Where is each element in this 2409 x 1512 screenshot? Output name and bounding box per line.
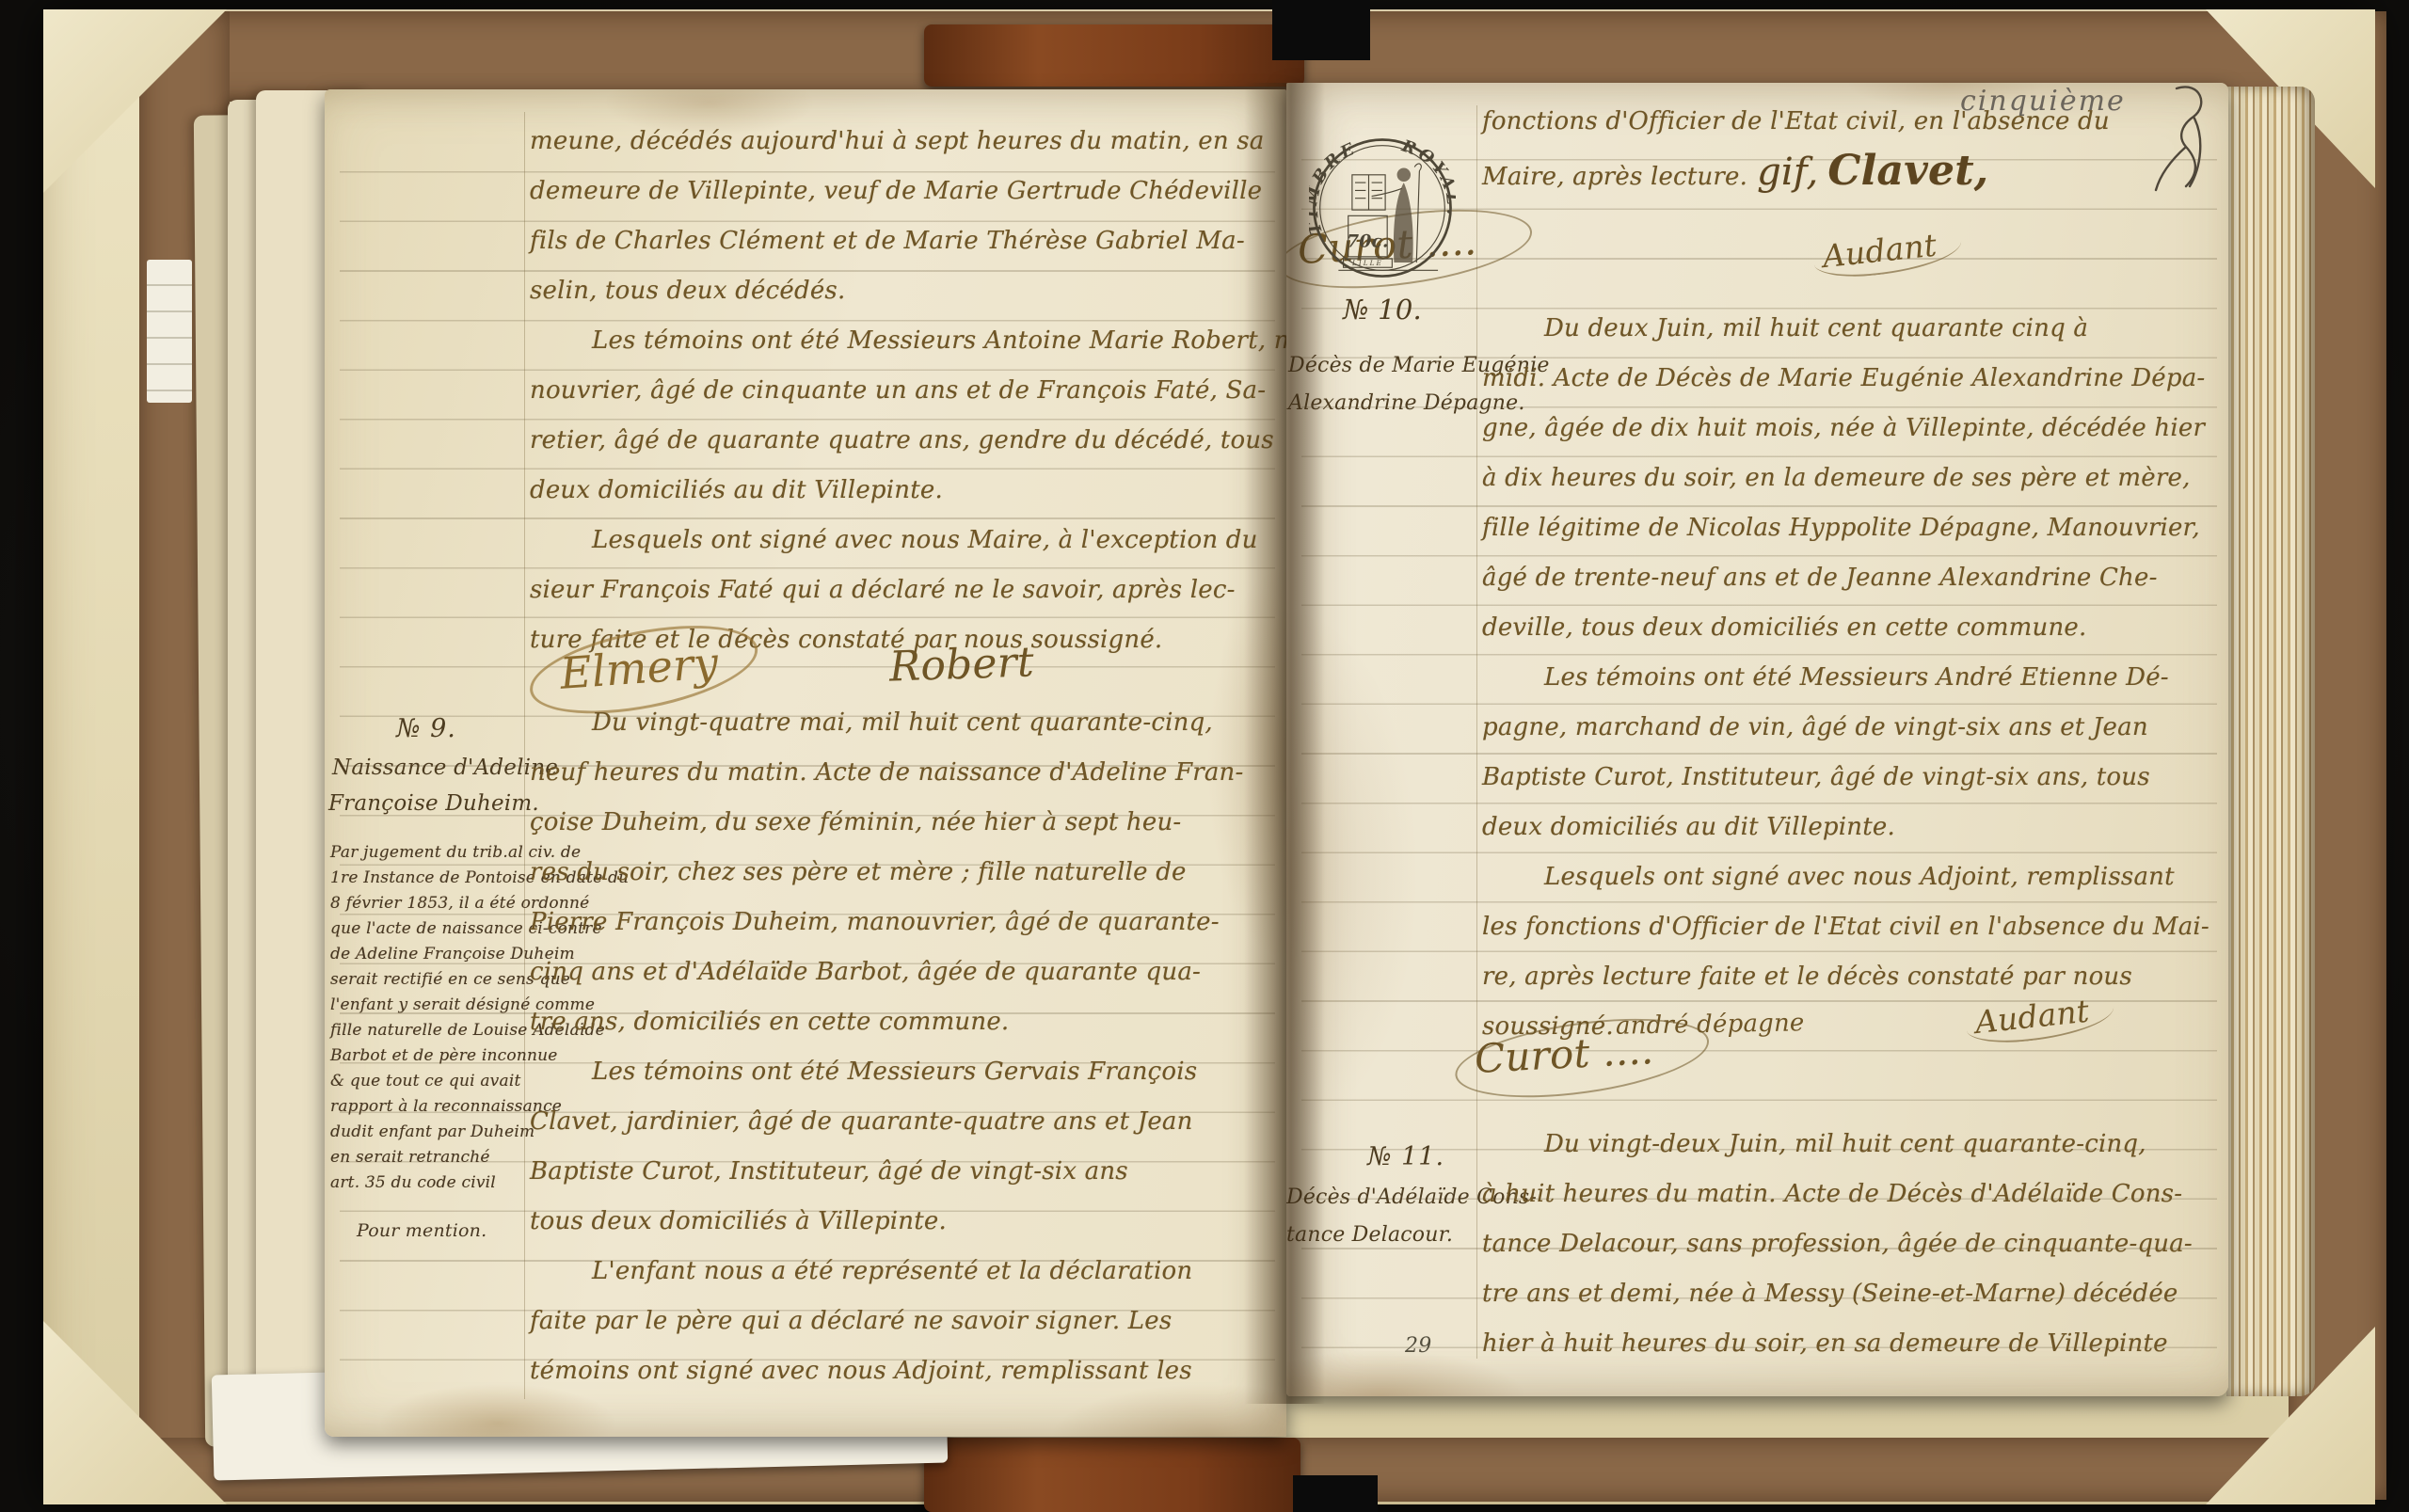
text-line: Maire, après lecture.gif,Clavet, [1482,148,2216,198]
text-line: faite par le père qui a déclaré ne savoi… [530,1297,1275,1347]
text-line: tance Delacour, sans profession, âgée de… [1482,1220,2222,1270]
signature-robert: Robert [888,638,1034,691]
right-page: cinquième fonctions d'Officier de l'Etat… [1286,83,2228,1396]
act11-death-paragraph: Du vingt-deux Juin, mil huit cent quaran… [1482,1121,2222,1370]
text-line: deux domiciliés au dit Villepinte. [1482,804,2222,853]
text-line: fille légitime de Nicolas Hyppolite Dépa… [1482,504,2222,554]
text-line: hier à huit heures du soir, en sa demeur… [1482,1320,2222,1370]
text-line: témoins ont signé avec nous Adjoint, rem… [530,1347,1275,1397]
page-number: 29 [1405,1334,1431,1358]
figure-head [1397,168,1412,183]
text-line: Pierre François Duheim, manouvrier, âgé … [530,899,1275,948]
lecture-text: Maire, après lecture. [1482,163,1747,191]
text-line: Du deux Juin, mil huit cent quarante cin… [1482,305,2222,355]
text-line: Baptiste Curot, Instituteur, âgé de ving… [1482,754,2222,804]
text-line: Lesquels ont signé avec nous Adjoint, re… [1482,853,2222,903]
text-line: Les témoins ont été Messieurs Antoine Ma… [530,317,1275,367]
stamp-base-label: LILLE [1351,259,1383,267]
text-line: âgé de trente-neuf ans et de Jeanne Alex… [1482,554,2222,604]
text-line: tre ans et demi, née à Messy (Seine-et-M… [1482,1270,2222,1320]
figure-staff [1414,164,1421,263]
text-line: les fonctions d'Officier de l'Etat civil… [1482,903,2222,953]
text-line: fonctions d'Officier de l'Etat civil, en… [1482,98,2216,148]
stamp-graphic: TIMBRE ROYAL. 70c. LILLE [1309,126,1456,288]
text-line: Du vingt-deux Juin, mil huit cent quaran… [1482,1121,2222,1170]
margin-rule [1476,105,1477,1359]
text-line: deville, tous deux domiciliés en cette c… [1482,604,2222,654]
act-number-11: № 11. [1367,1142,1444,1171]
signature-curot-2: Curot .... [1474,1027,1654,1082]
figure-arm [1372,188,1402,196]
figure-body [1394,183,1413,263]
act8-closing-paragraph: meune, décédés aujourd'hui à sept heures… [530,118,1275,666]
text-line: deux domiciliés au dit Villepinte. [530,467,1275,517]
text-line: demeure de Villepinte, veuf de Marie Ger… [530,167,1275,217]
text-line: meune, décédés aujourd'hui à sept heures… [530,118,1275,167]
text-line: neuf heures du matin. Acte de naissance … [530,749,1275,799]
stamp-value: 70c. [1347,231,1389,251]
text-line: sieur François Faté qui a déclaré ne le … [530,566,1275,616]
text-line: Les témoins ont été Messieurs Gervais Fr… [530,1048,1275,1098]
text-line: res du soir, chez ses père et mère ; fil… [530,849,1275,899]
text-line: Lesquels ont signé avec nous Maire, à l'… [530,517,1275,566]
act9-margin-title-1: Naissance d'Adeline [332,750,558,786]
text-line: pagne, marchand de vin, âgé de vingt-six… [1482,704,2222,754]
text-line: retier, âgé de quarante quatre ans, gend… [530,417,1275,467]
act10-death-paragraph: Du deux Juin, mil huit cent quarante cin… [1482,305,2222,1053]
act-number-9: № 9. [396,714,456,743]
text-line: nouvrier, âgé de cinquante un ans et de … [530,367,1275,417]
register-book-photo: № 9. Naissance d'Adeline Françoise Duhei… [0,0,2409,1512]
text-line: selin, tous deux décédés. [530,267,1275,317]
fore-edge-page-block [2226,87,2315,1396]
dark-strap-bottom [1293,1475,1378,1512]
text-line: à huit heures du matin. Acte de Décès d'… [1482,1170,2222,1220]
text-line: tre ans, domiciliés en cette commune. [530,998,1275,1048]
act9-margin-title-2: Françoise Duheim. [328,786,539,821]
text-line: çoise Duheim, du sexe féminin, née hier … [530,799,1275,849]
timbre-royal-stamp: TIMBRE ROYAL. 70c. LILLE № 10. [1309,126,1456,326]
act-closing-header: fonctions d'Officier de l'Etat civil, en… [1482,98,2216,198]
dark-strap-top [1272,0,1370,60]
text-line: fils de Charles Clément et de Marie Thér… [530,217,1275,267]
leather-spine-bottom [924,1438,1300,1512]
signature-clavet: Clavet, [1827,147,1988,195]
text-line: gne, âgée de dix huit mois, née à Villep… [1482,405,2222,454]
text-line: tous deux domiciliés à Villepinte. [530,1198,1275,1248]
signature-elmery: Elmery [558,637,720,699]
act-number-10: № 10. [1309,294,1456,326]
signature-audant-1: Audant [1811,224,1963,281]
inserted-slip [147,260,192,403]
text-line: midi. Acte de Décès de Marie Eugénie Ale… [1482,355,2222,405]
leather-spine-top [924,24,1304,87]
text-line: Les témoins ont été Messieurs André Etie… [1482,654,2222,704]
text-line: Clavet, jardinier, âgé de quarante-quatr… [530,1098,1275,1148]
act11-margin-title-2: tance Delacour. [1286,1218,1453,1253]
text-line: cinq ans et d'Adélaïde Barbot, âgée de q… [530,948,1275,998]
text-line: à dix heures du soir, en la demeure de s… [1482,454,2222,504]
text-line: L'enfant nous a été représenté et la déc… [530,1248,1275,1297]
text-line: Du vingt-quatre mai, mil huit cent quara… [530,699,1275,749]
act9-birth-paragraph: Du vingt-quatre mai, mil huit cent quara… [530,699,1275,1397]
pour-mention-note: Pour mention. [357,1220,487,1241]
left-page: № 9. Naissance d'Adeline Françoise Duhei… [325,89,1286,1437]
paraph-initials: gif, [1757,151,1818,194]
text-line: Baptiste Curot, Instituteur, âgé de ving… [530,1148,1275,1198]
